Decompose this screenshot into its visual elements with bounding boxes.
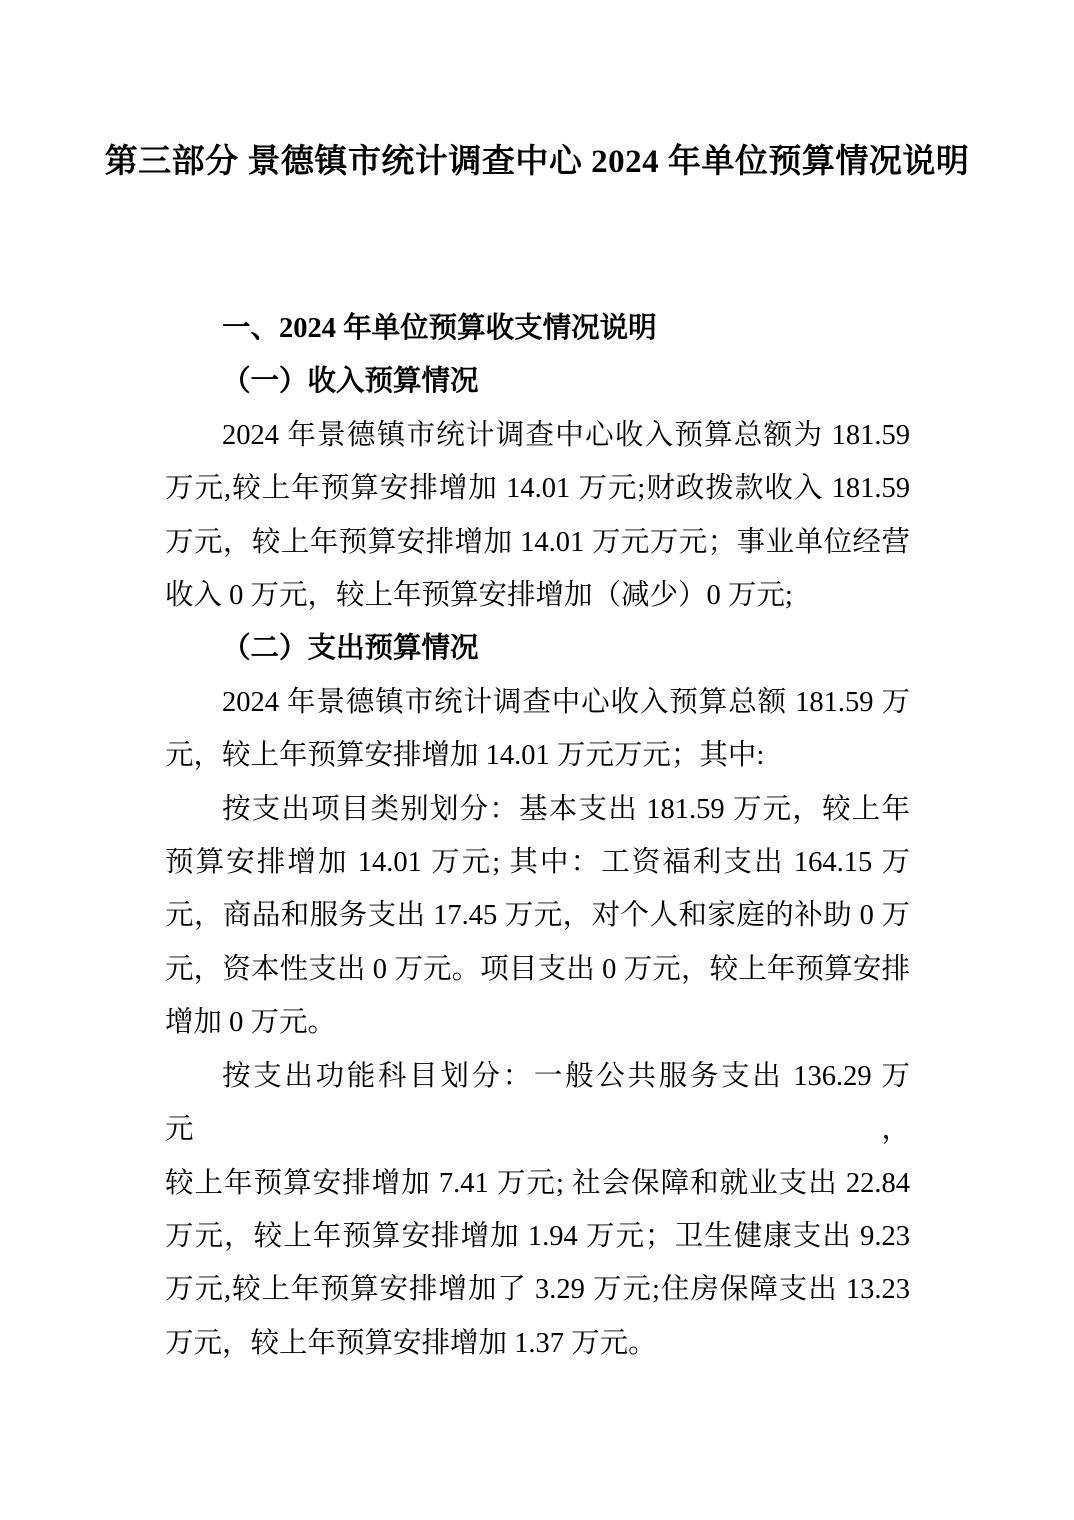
expenditure-paragraph1-line-2: 元，较上年预算安排增加 14.01 万元万元；其中: (165, 729, 910, 782)
document-title: 第三部分 景德镇市统计调查中心 2024 年单位预算情况说明 (0, 0, 1074, 188)
expenditure-paragraph2-line-2: 预算安排增加 14.01 万元; 其中：工资福利支出 164.15 万 (165, 836, 910, 889)
expenditure-paragraph2-line-5: 增加 0 万元。 (165, 996, 910, 1049)
expenditure-paragraph1-line-1: 2024 年景德镇市统计调查中心收入预算总额 181.59 万 (165, 676, 910, 729)
expenditure-paragraph3-line-5: 万元，较上年预算安排增加 1.37 万元。 (165, 1317, 910, 1370)
income-paragraph-line-3: 万元，较上年预算安排增加 14.01 万元万元；事业单位经营 (165, 516, 910, 569)
subsection-income-heading: （一）收入预算情况 (165, 355, 910, 408)
expenditure-paragraph2-line-3: 元，商品和服务支出 17.45 万元，对个人和家庭的补助 0 万 (165, 889, 910, 942)
section-heading: 一、2024 年单位预算收支情况说明 (165, 302, 910, 355)
document-page: 第三部分 景德镇市统计调查中心 2024 年单位预算情况说明 一、2024 年单… (0, 0, 1074, 1520)
expenditure-paragraph2-line-4: 元，资本性支出 0 万元。项目支出 0 万元，较上年预算安排 (165, 943, 910, 996)
document-body: 一、2024 年单位预算收支情况说明 （一）收入预算情况 2024 年景德镇市统… (165, 302, 910, 1370)
income-paragraph-line-1: 2024 年景德镇市统计调查中心收入预算总额为 181.59 (165, 409, 910, 462)
expenditure-paragraph3-line-1: 按支出功能科目划分：一般公共服务支出 136.29 万元， (165, 1050, 910, 1157)
income-paragraph-line-2: 万元,较上年预算安排增加 14.01 万元;财政拨款收入 181.59 (165, 462, 910, 515)
expenditure-paragraph3-line-2: 较上年预算安排增加 7.41 万元; 社会保障和就业支出 22.84 (165, 1157, 910, 1210)
income-paragraph-line-4: 收入 0 万元，较上年预算安排增加（减少）0 万元; (165, 569, 910, 622)
expenditure-paragraph3-line-4: 万元,较上年预算安排增加了 3.29 万元;住房保障支出 13.23 (165, 1263, 910, 1316)
subsection-expenditure-heading: （二）支出预算情况 (165, 622, 910, 675)
expenditure-paragraph3-line-3: 万元，较上年预算安排增加 1.94 万元；卫生健康支出 9.23 (165, 1210, 910, 1263)
expenditure-paragraph2-line-1: 按支出项目类别划分：基本支出 181.59 万元，较上年 (165, 783, 910, 836)
